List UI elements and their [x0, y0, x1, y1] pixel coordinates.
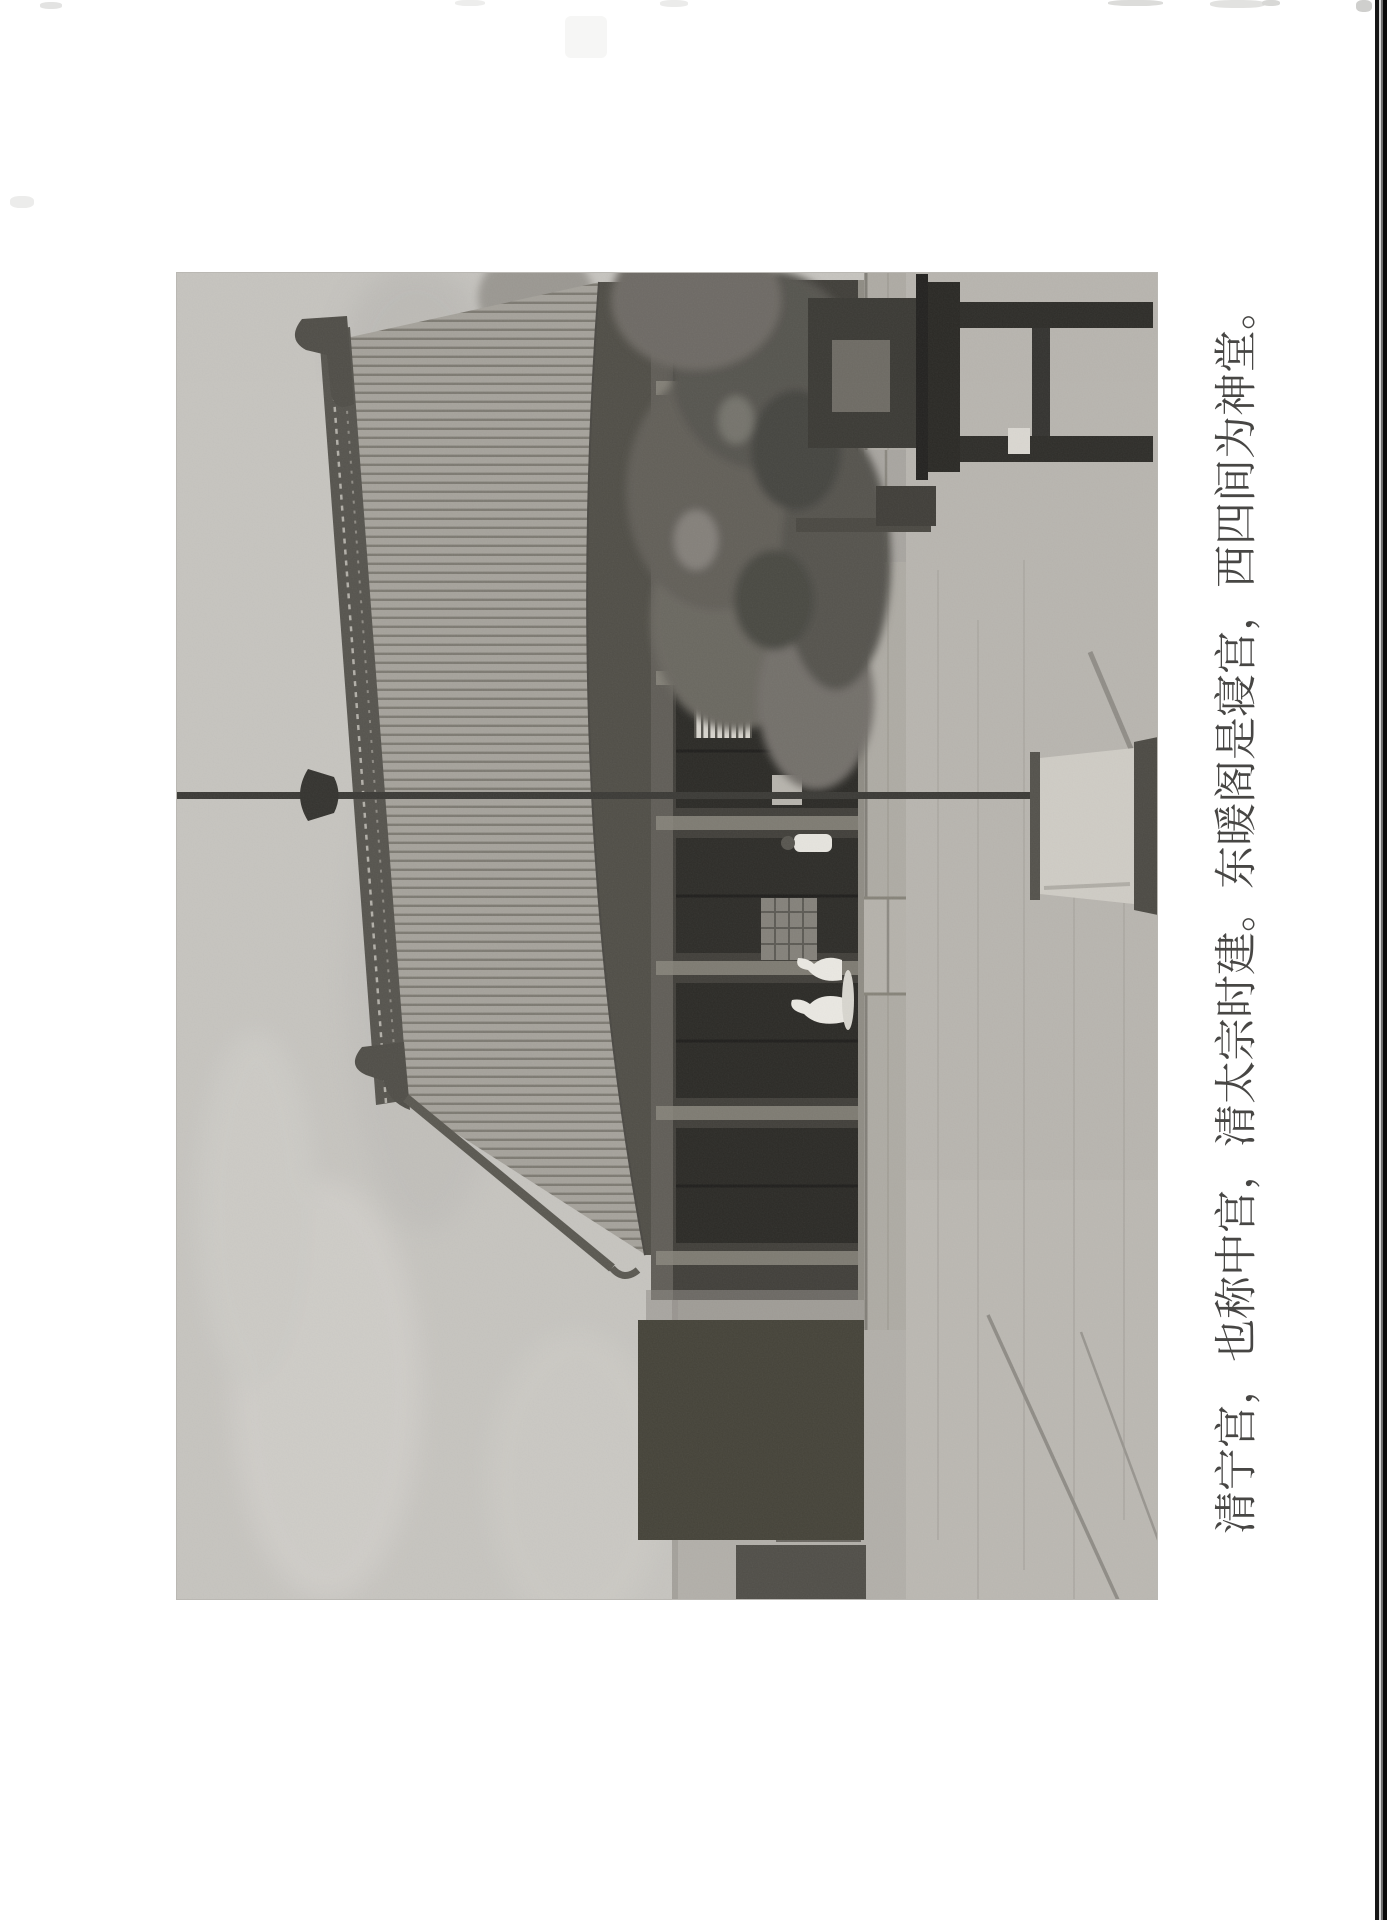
scan-smudge	[1108, 0, 1163, 6]
palace-photo-image	[176, 272, 1158, 1600]
palace-photo-rotated-canvas	[176, 272, 1158, 1600]
binding-line-edge	[1383, 0, 1387, 1920]
film-grain-overlay	[176, 272, 1158, 1600]
photo-caption: 清宁宫，也称中宫，清太宗时建。东暖阁是寝宫，西四间为神堂。	[1210, 492, 1266, 1534]
scan-smudge	[565, 16, 607, 58]
photo-caption-text: 清宁宫，也称中宫，清太宗时建。东暖阁是寝宫，西四间为神堂。	[1210, 492, 1266, 1534]
scan-smudge	[1210, 0, 1265, 8]
scanned-book-page: 清宁宫，也称中宫，清太宗时建。东暖阁是寝宫，西四间为神堂。	[0, 0, 1387, 1920]
scan-smudge	[10, 196, 34, 208]
scan-smudge	[660, 0, 688, 7]
scan-smudge	[40, 2, 62, 9]
scan-smudge	[1356, 0, 1372, 12]
scan-smudge	[455, 0, 485, 6]
palace-photo	[176, 272, 1158, 1600]
scan-smudge	[1262, 0, 1280, 6]
